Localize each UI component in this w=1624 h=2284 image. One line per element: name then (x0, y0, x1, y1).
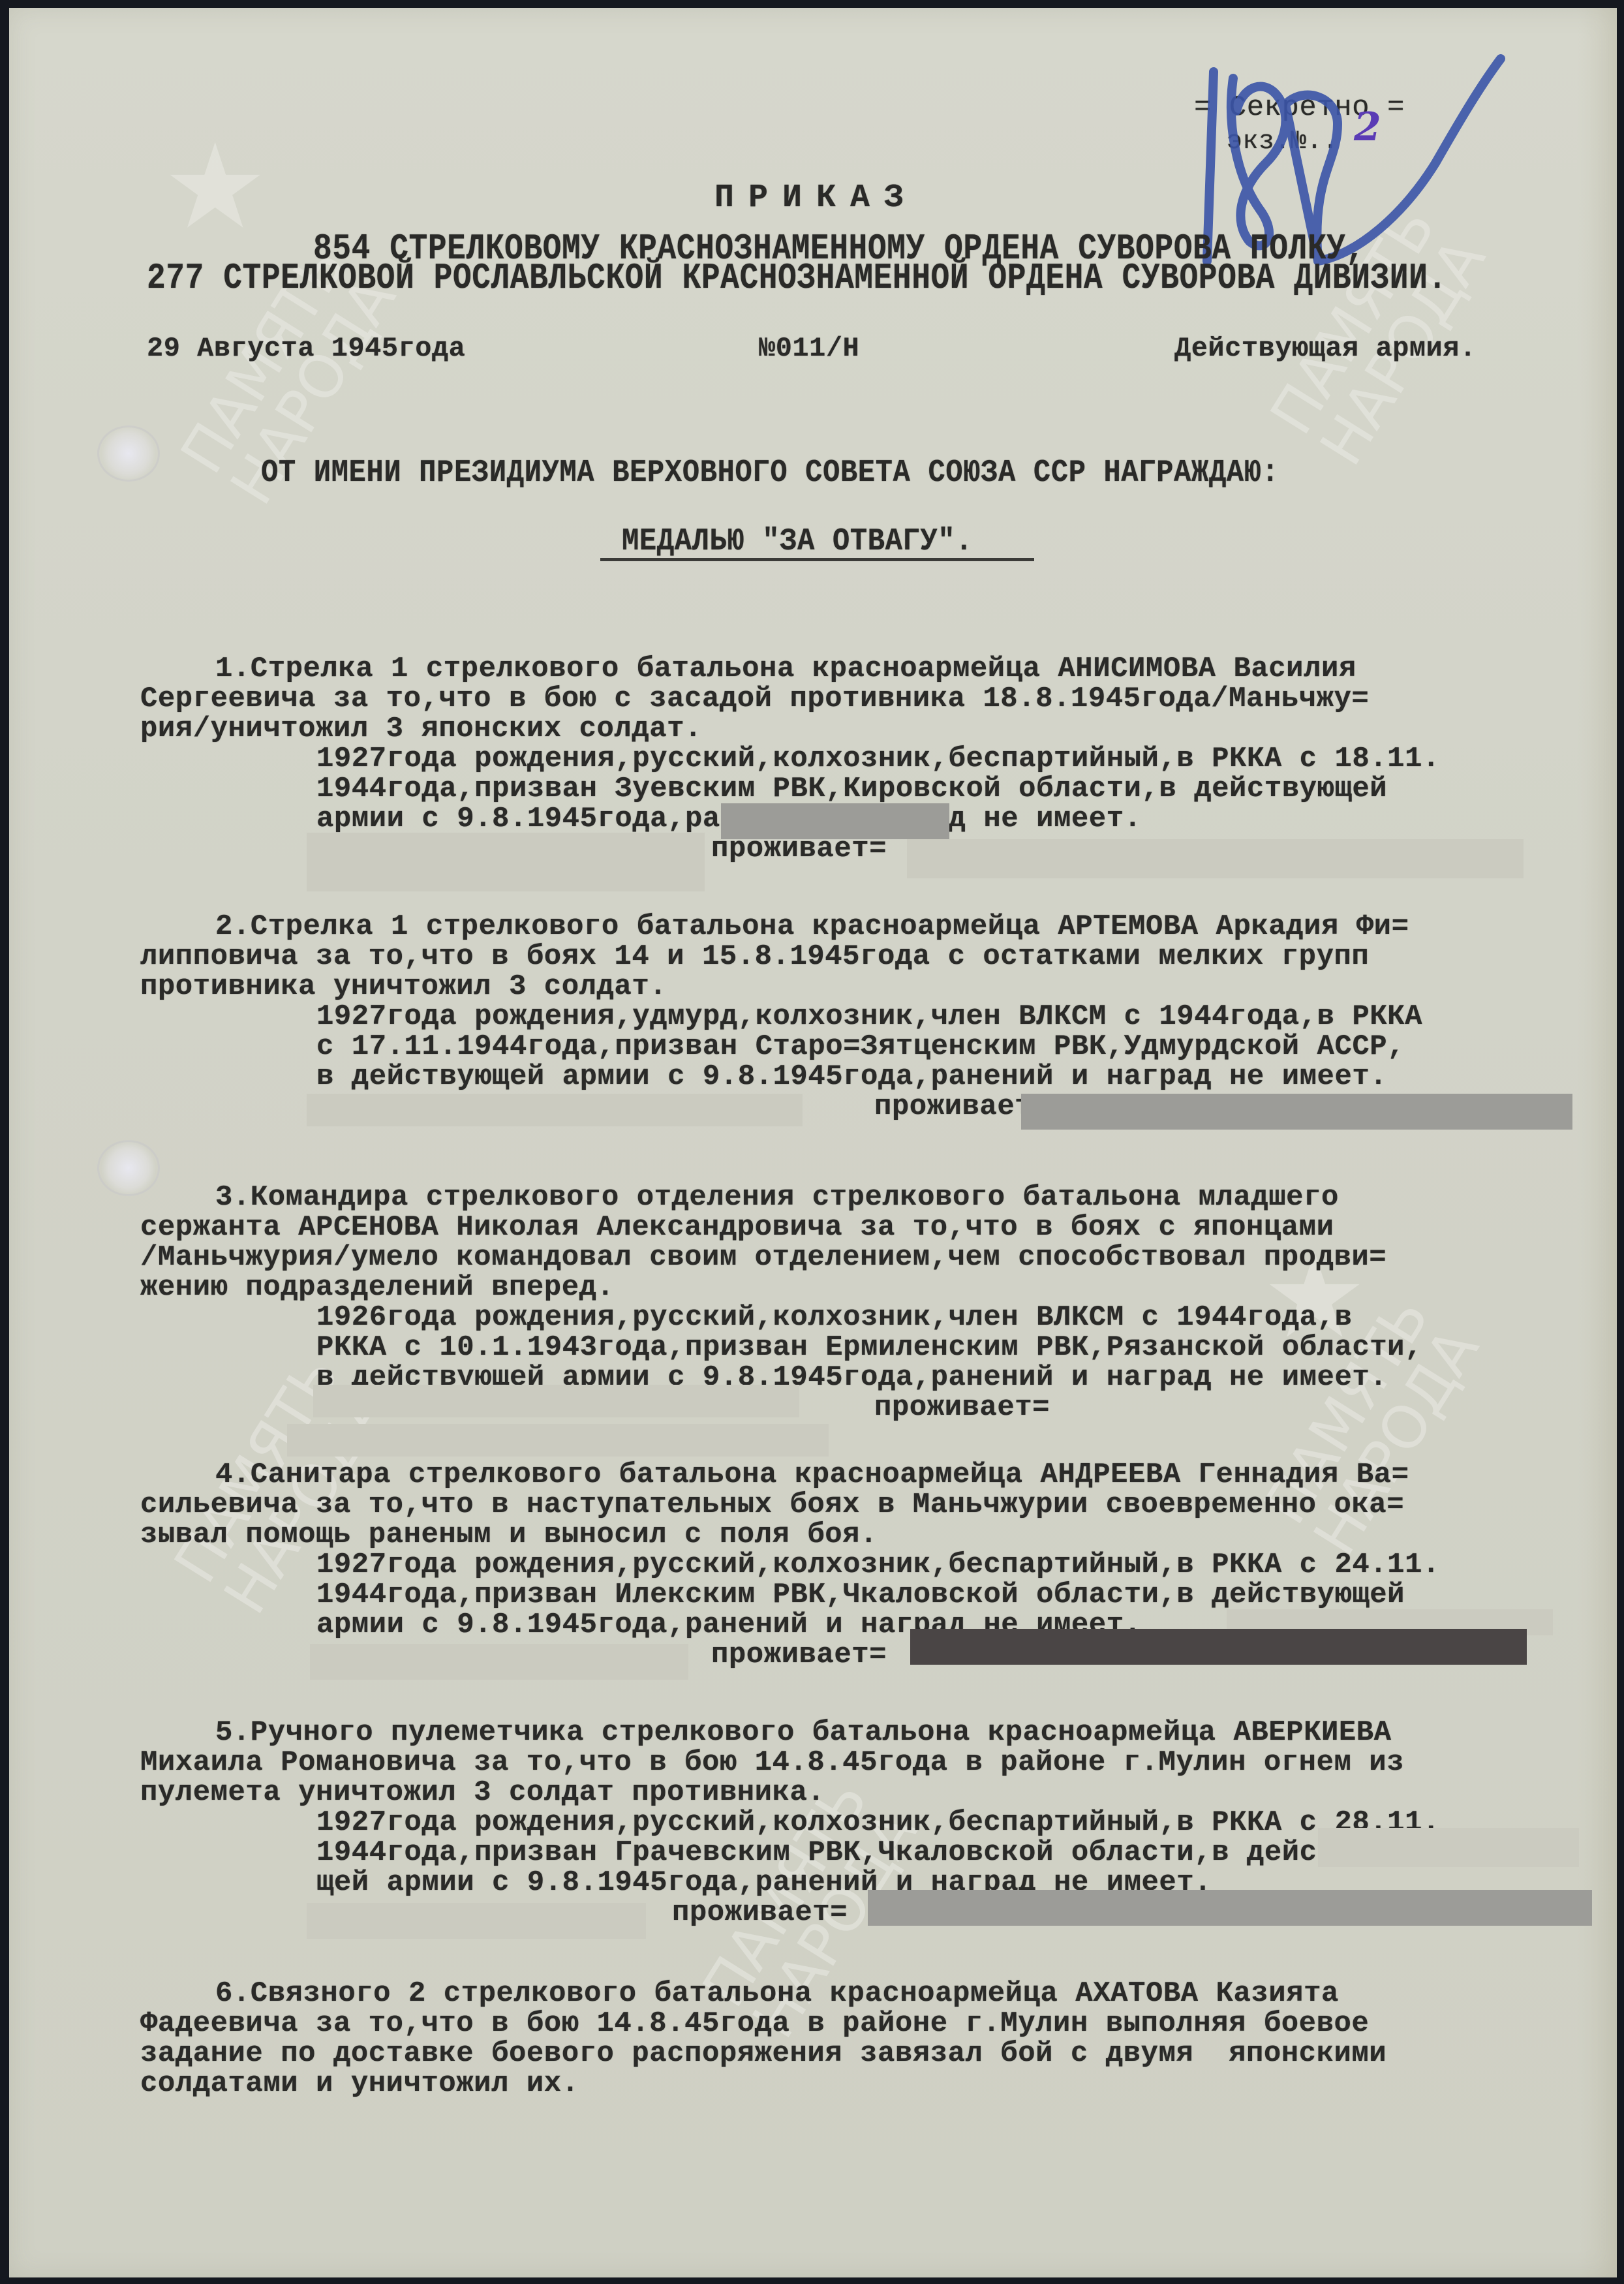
entry-3-citation-line: сержанта АРСЕНОВА Николая Александровича… (140, 1211, 1334, 1244)
entry-2-bio-line: с 17.11.1944года,призван Старо=Зятценски… (316, 1030, 1405, 1063)
entry-4-citation-line: зывал помощь раненым и выносил с поля бо… (140, 1519, 878, 1551)
award-heading: МЕДАЛЬЮ "ЗА ОТВАГУ". (622, 524, 973, 560)
order-date: 29 Августа 1945года (147, 333, 465, 364)
entry-1-citation-line: Сергеевича за то,что в бою с засадой про… (140, 683, 1369, 715)
punch-hole (97, 1140, 160, 1196)
entry-3-bio-line: РККА с 10.1.1943года,призван Ермиленским… (316, 1331, 1422, 1364)
redaction-block (307, 833, 705, 891)
entry-6-citation-line: 6.Связного 2 стрелкового батальона красн… (215, 1977, 1339, 2010)
entry-5-bio-line: 1944года,призван Грачевским РВК,Чкаловск… (316, 1836, 1422, 1869)
redaction-block (907, 839, 1524, 878)
redaction-block (721, 803, 949, 839)
entry-2-citation-line: противника уничтожил 3 солдат. (140, 970, 667, 1003)
entry-1-citation-line: рия/уничтожил 3 японских солдат. (140, 713, 702, 745)
redaction-block (313, 1385, 799, 1417)
entry-5-residence-label: проживает= (672, 1896, 848, 1929)
redaction-block (310, 1644, 688, 1680)
entry-6-citation-line: задание по доставке боевого распоряжения… (140, 2037, 1387, 2070)
entry-4-citation-line: сильевича за то,что в наступательных боя… (140, 1489, 1404, 1521)
entry-4-residence-label: проживает= (711, 1639, 887, 1671)
entry-2-bio-line: 1927года рождения,удмурд,колхозник,член … (316, 1000, 1422, 1033)
entry-2-citation-line: 2.Стрелка 1 стрелкового батальона красно… (215, 910, 1409, 943)
entry-2-bio-line: в действующей армии с 9.8.1945года,ранен… (316, 1060, 1387, 1093)
preamble-heading: ОТ ИМЕНИ ПРЕЗИДИУМА ВЕРХОВНОГО СОВЕТА СО… (261, 455, 1279, 491)
entry-4-bio-line: 1944года,призван Илекским РВК,Чкаловской… (316, 1579, 1405, 1611)
document-title: ПРИКАЗ (714, 179, 918, 217)
award-underline (600, 558, 1034, 561)
entry-6-citation-line: солдатами и уничтожил их. (140, 2067, 579, 2100)
order-location: Действующая армия. (1174, 333, 1477, 364)
redaction-block (910, 1629, 1527, 1665)
entry-5-bio-line: 1927года рождения,русский,колхозник,бесп… (316, 1806, 1440, 1839)
entry-2-citation-line: липповича за то,что в боях 14 и 15.8.194… (140, 940, 1369, 973)
punch-hole (97, 425, 160, 482)
entry-1-bio-line: 1927года рождения,русский,колхозник,бесп… (316, 743, 1440, 775)
entry-4-bio-line: 1927года рождения,русский,колхозник,бесп… (316, 1549, 1440, 1581)
entry-3-citation-line: жению подразделений вперед. (140, 1271, 614, 1304)
order-number: №011/Н (759, 333, 859, 364)
redaction-block (1021, 1094, 1572, 1130)
redaction-block (307, 1094, 803, 1126)
entry-3-residence-label: проживает= (874, 1391, 1050, 1424)
unit-line-division: 277 СТРЕЛКОВОЙ РОСЛАВЛЬСКОЙ КРАСНОЗНАМЕН… (147, 258, 1447, 299)
redaction-block (287, 1424, 829, 1457)
entry-3-bio-line: 1926года рождения,русский,колхозник,член… (316, 1301, 1352, 1334)
entry-3-citation-line: 3.Командира стрелкового отделения стрелк… (215, 1181, 1339, 1214)
redaction-block (307, 1903, 646, 1939)
entry-3-citation-line: /Маньчжурия/умело командовал своим отдел… (140, 1241, 1387, 1274)
entry-1-bio-line: 1944года,призван Зуевским РВК,Кировской … (316, 773, 1387, 805)
entry-4-citation-line: 4.Санитара стрелкового батальона красноа… (215, 1458, 1409, 1491)
watermark-star-icon: ★ (162, 119, 268, 255)
entry-1-citation-line: 1.Стрелка 1 стрелкового батальона красно… (215, 653, 1356, 685)
entry-5-citation-line: пулемета уничтожил 3 солдат противника. (140, 1776, 825, 1809)
entry-5-citation-line: Михаила Романовича за то,что в бою 14.8.… (140, 1746, 1404, 1779)
entry-6-citation-line: Фадеевича за то,что в бою 14.8.45года в … (140, 2007, 1369, 2040)
redaction-block (1318, 1828, 1579, 1867)
entry-5-citation-line: 5.Ручного пулеметчика стрелкового баталь… (215, 1716, 1392, 1749)
redaction-block (868, 1890, 1592, 1926)
